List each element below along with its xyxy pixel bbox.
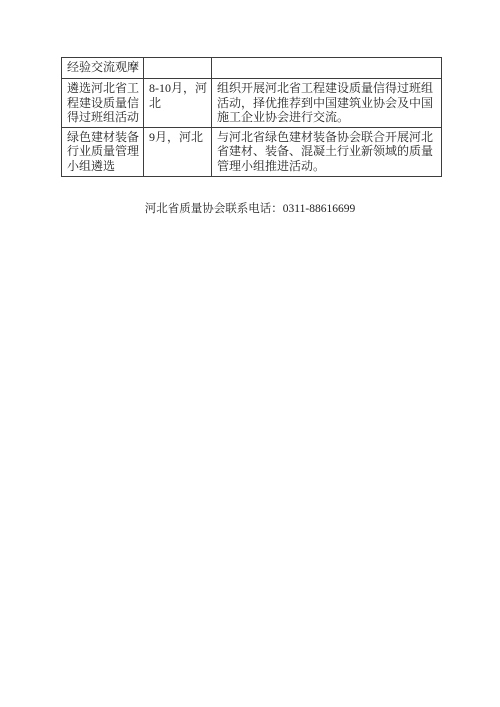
cell-activity: 经验交流观摩 (62, 58, 144, 79)
cell-description (212, 58, 442, 79)
activity-schedule-table: 经验交流观摩 遴选河北省工程建设质量信得过班组活动 8-10月，河北 组织开展河… (61, 57, 442, 177)
cell-time-place: 8-10月，河北 (144, 79, 212, 128)
cell-time-place (144, 58, 212, 79)
contact-phone-line: 河北省质量协会联系电话：0311-88616699 (0, 201, 500, 217)
table-row: 绿色建材装备行业质量管理小组遴选 9月，河北 与河北省绿色建材装备协会联合开展河… (62, 127, 442, 176)
cell-description: 组织开展河北省工程建设质量信得过班组活动，择优推荐到中国建筑业协会及中国施工企业… (212, 79, 442, 128)
cell-activity: 遴选河北省工程建设质量信得过班组活动 (62, 79, 144, 128)
cell-description: 与河北省绿色建材装备协会联合开展河北省建材、装备、混凝土行业新领域的质量管理小组… (212, 127, 442, 176)
document-page: 经验交流观摩 遴选河北省工程建设质量信得过班组活动 8-10月，河北 组织开展河… (0, 0, 500, 707)
table-row: 遴选河北省工程建设质量信得过班组活动 8-10月，河北 组织开展河北省工程建设质… (62, 79, 442, 128)
table-row: 经验交流观摩 (62, 58, 442, 79)
cell-activity: 绿色建材装备行业质量管理小组遴选 (62, 127, 144, 176)
cell-time-place: 9月，河北 (144, 127, 212, 176)
